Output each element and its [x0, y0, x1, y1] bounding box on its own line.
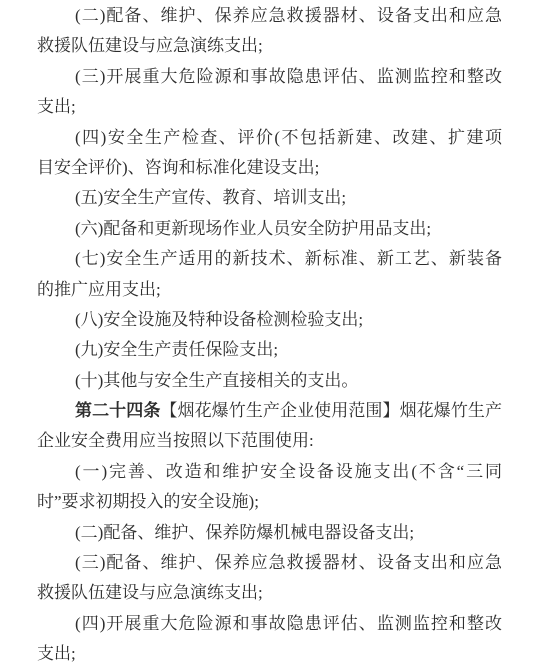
clause-2-line-1: (二)配备、维护、保养应急救援器材、设备支出和应急	[37, 1, 502, 31]
clause-7-line-1: (七)安全生产适用的新技术、新标准、新工艺、新装备	[37, 244, 502, 274]
clause-9-line-1: (九)安全生产责任保险支出;	[37, 335, 502, 365]
clause-24-4-line-1: (四)开展重大危险源和事故隐患评估、监测监控和整改	[37, 609, 502, 639]
clause-2-line-2: 救援队伍建设与应急演练支出;	[37, 31, 502, 61]
clause-24-4-line-2: 支出;	[37, 639, 502, 669]
clause-4-line-1: (四)安全生产检查、评价(不包括新建、改建、扩建项	[37, 123, 502, 153]
clause-24-3-line-2: 救援队伍建设与应急演练支出;	[37, 578, 502, 608]
article-24-title: 【烟花爆竹生产企业使用范围】烟花爆竹生产	[160, 401, 502, 420]
clause-24-2-line-1: (二)配备、维护、保养防爆机械电器设备支出;	[37, 518, 502, 548]
clause-24-1-line-2: 时”要求初期投入的安全设施);	[37, 487, 502, 517]
document-page: (二)配备、维护、保养应急救援器材、设备支出和应急 救援队伍建设与应急演练支出;…	[0, 0, 537, 671]
clause-6-line-1: (六)配备和更新现场作业人员安全防护用品支出;	[37, 214, 502, 244]
clause-3-line-2: 支出;	[37, 92, 502, 122]
clause-8-line-1: (八)安全设施及特种设备检测检验支出;	[37, 305, 502, 335]
clause-10-line-1: (十)其他与安全生产直接相关的支出。	[37, 366, 502, 396]
article-24-heading-line-1: 第二十四条【烟花爆竹生产企业使用范围】烟花爆竹生产	[37, 396, 502, 426]
clause-5-line-1: (五)安全生产宣传、教育、培训支出;	[37, 183, 502, 213]
clause-7-line-2: 的推广应用支出;	[37, 275, 502, 305]
clause-3-line-1: (三)开展重大危险源和事故隐患评估、监测监控和整改	[37, 62, 502, 92]
clause-24-1-line-1: (一)完善、改造和维护安全设备设施支出(不含“三同	[37, 457, 502, 487]
article-24-number: 第二十四条	[75, 401, 160, 420]
clause-24-3-line-1: (三)配备、维护、保养应急救援器材、设备支出和应急	[37, 548, 502, 578]
article-24-heading-line-2: 企业安全费用应当按照以下范围使用:	[37, 426, 502, 456]
clause-4-line-2: 目安全评价)、咨询和标准化建设支出;	[37, 153, 502, 183]
